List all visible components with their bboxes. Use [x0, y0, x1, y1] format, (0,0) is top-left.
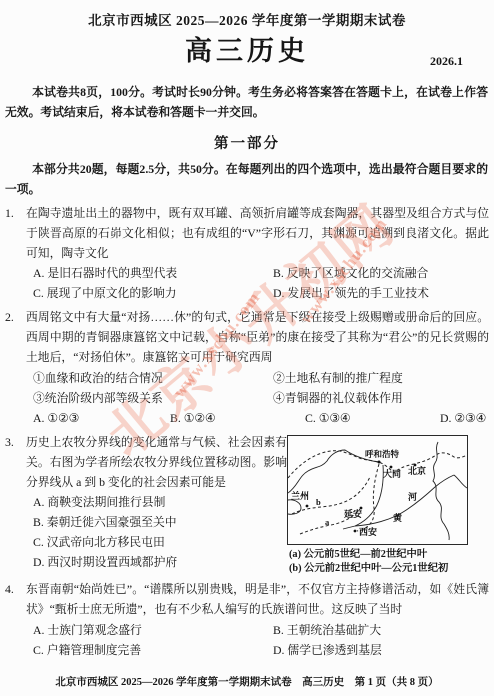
- exam-date: 2026.1: [430, 54, 463, 69]
- subitem-2: ②土地私有制的推广程度: [273, 368, 489, 388]
- city-label-hohhot: 呼和浩特: [365, 449, 400, 459]
- subject-title: 高三历史: [0, 32, 494, 70]
- question-4: 4.东晋南朝“始尚姓已”。“谱牒所以别贵贱，明是非”，不仅官方主持修谱活动，如《…: [5, 579, 489, 659]
- question-stem-text: 在陶寺遗址出土的器物中，既有双耳罐、高领折肩罐等成套陶器，其器型及组合方式与位于…: [26, 206, 489, 260]
- part1-heading: 第一部分: [0, 132, 494, 153]
- subject-row: 高三历史 2026.1: [0, 32, 494, 70]
- option-c: C. 展现了中原文化的影响力: [33, 283, 273, 303]
- option-d: D. 发展出了领先的手工业技术: [273, 283, 489, 303]
- question-2-subitems: ①血缘和政治的结合情况 ②土地私有制的推广程度 ③统治阶级内部等级关系 ④青铜器…: [5, 368, 489, 408]
- map-caption-b: (b) 公元前2世纪中叶—公元1世纪初: [289, 562, 468, 576]
- city-label-lanzhou: 兰州: [291, 490, 309, 501]
- line-label-a: a: [325, 517, 330, 527]
- option-d: D. 儒学已渗透到基层: [273, 640, 489, 660]
- question-3: 3.历史上农牧分界线的变化通常与气候、社会因素有关。右图为学者所绘农牧分界线位置…: [5, 432, 489, 576]
- question-2-options: A. ①②③ B. ①②④ C. ①③④ D. ②③④: [5, 408, 489, 428]
- city-label-xian: 西安: [359, 526, 377, 537]
- city-dot-lanzhou: [306, 504, 309, 507]
- option-c: C. 户籍管理制度完善: [33, 640, 273, 660]
- question-number: 1.: [5, 203, 26, 223]
- part1-instructions: 本部分共20题，每题2.5分，共50分。在每题列出的四个选项中，选出最符合题目要…: [5, 159, 488, 200]
- question-3-stem: 3.历史上农牧分界线的变化通常与气候、社会因素有关。右图为学者所绘农牧分界线位置…: [5, 432, 287, 492]
- subitem-1: ①血缘和政治的结合情况: [33, 368, 273, 388]
- city-dot-xian: [354, 529, 357, 532]
- option-c: C. ①③④: [305, 408, 440, 428]
- option-a: A. ①②③: [33, 408, 170, 428]
- city-label-beijing: 北京: [408, 465, 426, 476]
- option-b: B. 反映了区域文化的交流融合: [273, 263, 489, 283]
- question-2-stem: 2.西周铭文中有大量“对扬……休”的句式，它通常是下级在接受上级赐赠或册命后的回…: [5, 307, 489, 367]
- city-dot-hohhot: [378, 460, 381, 463]
- option-b: B. 王朝统治基础扩大: [273, 620, 489, 640]
- question-stem-text: 西周铭文中有大量“对扬……休”的句式，它通常是下级在接受上级赐赠或册命后的回应。…: [26, 310, 489, 364]
- option-d: D. 西汉时期设置西域都护府: [33, 552, 287, 572]
- question-stem-text: 东晋南朝“始尚姓已”。“谱牒所以别贵贱，明是非”，不仅官方主持修谱活动，如《姓氏…: [26, 582, 489, 616]
- question-number: 3.: [5, 432, 26, 452]
- option-a: A. 是旧石器时代的典型代表: [33, 263, 273, 283]
- question-3-options: A. 商鞅变法期间推行县制 B. 秦朝迁徙六国豪强至关中 C. 汉武帝向北方移民…: [5, 492, 287, 572]
- city-label-yanan: 延安: [344, 508, 362, 519]
- line-label-b: b: [316, 497, 321, 507]
- question-1-options: A. 是旧石器时代的典型代表 B. 反映了区域文化的交流融合 C. 展现了中原文…: [5, 263, 489, 303]
- option-a: A. 商鞅变法期间推行县制: [33, 492, 287, 512]
- page-footer: 北京市西城区 2025—2026 学年度第一学期期末试卷 高三历史 第 1 页（…: [0, 674, 494, 689]
- question-number: 2.: [5, 307, 26, 327]
- map-drawing: 呼和浩特 大同 北京 兰州 延安 西安 黄 河 b a: [288, 436, 467, 544]
- subitem-3: ③统治阶级内部等级关系: [33, 388, 273, 408]
- river-label-huang: 黄: [393, 512, 403, 523]
- city-dot-datong: [390, 465, 393, 468]
- option-a: A. 士族门第观念盛行: [33, 620, 273, 640]
- question-2: 2.西周铭文中有大量“对扬……休”的句式，它通常是下级在接受上级赐赠或册命后的回…: [5, 307, 489, 427]
- exam-paper-page: 北京小升初网 www.xschu.com www.xschu.com 北京市西城…: [0, 0, 494, 696]
- option-b: B. ①②④: [170, 408, 305, 428]
- option-c: C. 汉武帝向北方移民屯田: [33, 532, 287, 552]
- map-caption-a: (a) 公元前5世纪—前2世纪中叶: [289, 548, 468, 562]
- question-1: 1.在陶寺遗址出土的器物中，既有双耳罐、高领折肩罐等成套陶器，其器型及组合方式与…: [5, 203, 489, 303]
- option-b: B. 秦朝迁徙六国豪强至关中: [33, 512, 287, 532]
- farming-pastoral-boundary-map: 呼和浩特 大同 北京 兰州 延安 西安 黄 河 b a: [287, 435, 468, 545]
- exam-title: 北京市西城区 2025—2026 学年度第一学期期末试卷: [0, 0, 494, 29]
- question-4-stem: 4.东晋南朝“始尚姓已”。“谱牒所以别贵贱，明是非”，不仅官方主持修谱活动，如《…: [5, 579, 489, 619]
- question-number: 4.: [5, 579, 26, 599]
- question-3-text: 3.历史上农牧分界线的变化通常与气候、社会因素有关。右图为学者所绘农牧分界线位置…: [5, 432, 287, 572]
- option-d: D. ②③④: [440, 408, 489, 428]
- subitem-4: ④青铜器的礼仪载体作用: [273, 388, 489, 408]
- question-1-stem: 1.在陶寺遗址出土的器物中，既有双耳罐、高领折肩罐等成套陶器，其器型及组合方式与…: [5, 203, 489, 263]
- exam-notice: 本试卷共8页，100分。考试时长90分钟。考生务必将答案答在答题卡上，在试卷上作…: [5, 82, 488, 123]
- city-label-datong: 大同: [383, 468, 401, 479]
- question-stem-text: 历史上农牧分界线的变化通常与气候、社会因素有关。右图为学者所绘农牧分界线位置移动…: [26, 435, 287, 489]
- map-figure: 呼和浩特 大同 北京 兰州 延安 西安 黄 河 b a: [287, 435, 468, 576]
- question-4-options: A. 士族门第观念盛行 B. 王朝统治基础扩大 C. 户籍管理制度完善 D. 儒…: [5, 620, 489, 660]
- map-captions: (a) 公元前5世纪—前2世纪中叶 (b) 公元前2世纪中叶—公元1世纪初: [287, 548, 468, 576]
- river-label-he: 河: [408, 491, 417, 502]
